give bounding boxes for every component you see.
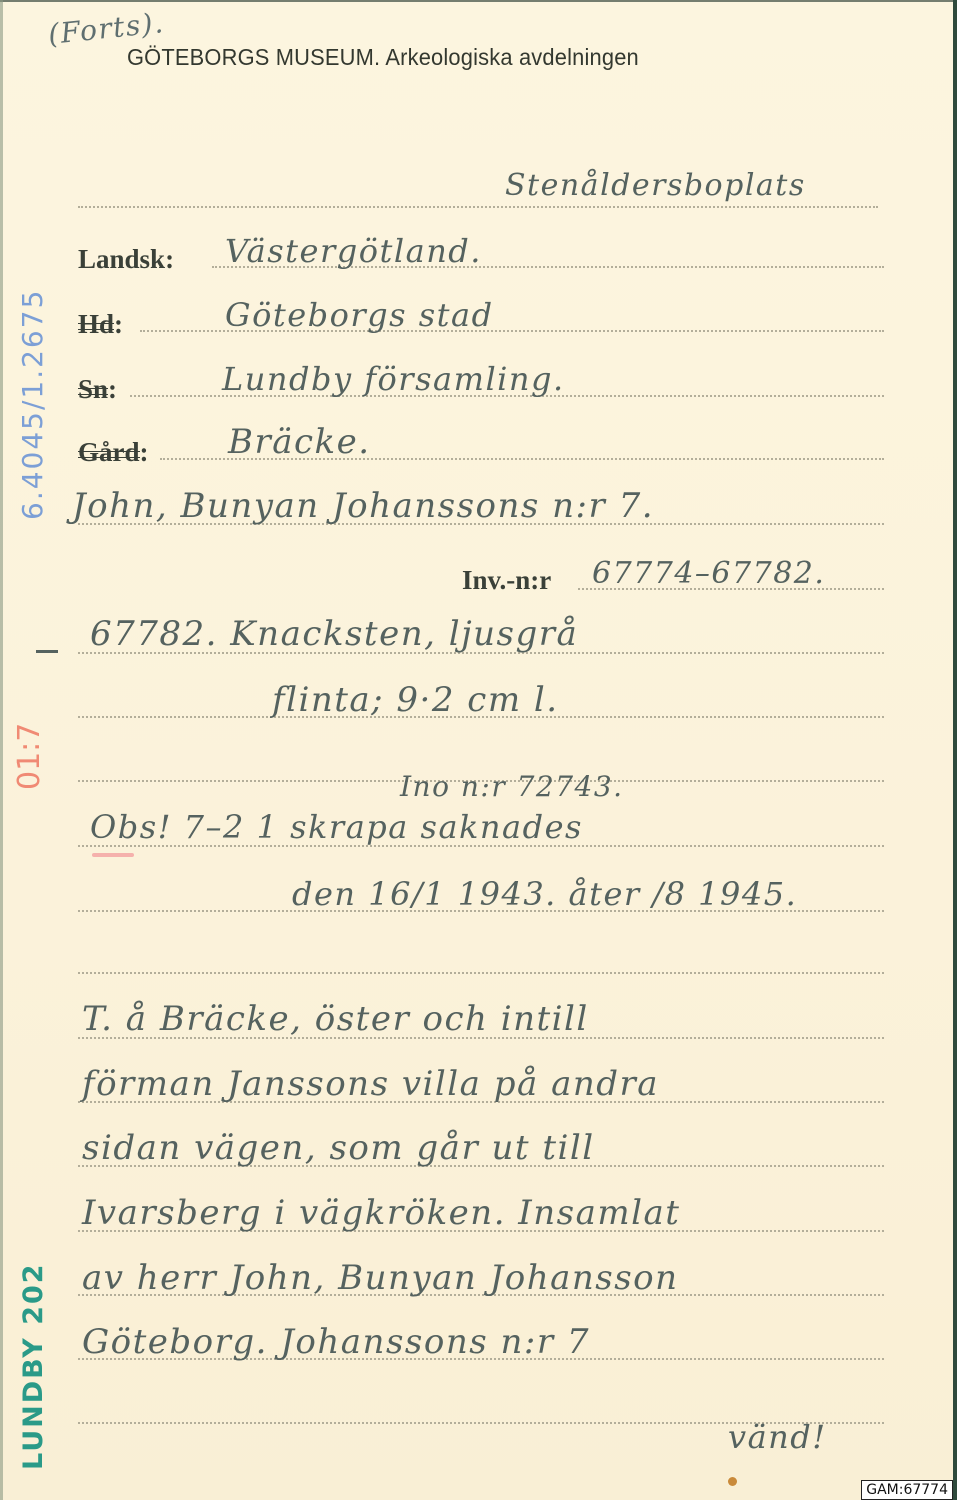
label-hd: Hd:: [78, 309, 123, 340]
field-value-landsk: Västergötland.: [225, 232, 482, 270]
description-line-7: vänd!: [728, 1418, 827, 1456]
dotted-line: [78, 972, 884, 974]
card-top-edge: [0, 0, 957, 2]
obs-line-1: Obs! 7–2 1 skrapa saknades: [90, 808, 583, 846]
label-inventory: Inv.-n:r: [462, 565, 551, 596]
owner-line: John, Bunyan Johanssons n:r 7.: [72, 486, 654, 526]
museum-header: GÖTEBORGS MUSEUM. Arkeologiska avdelning…: [127, 44, 639, 71]
red-margin-note: 01:7: [12, 723, 47, 790]
dotted-line: [78, 206, 878, 208]
field-value-hd: Göteborgs stad: [225, 296, 494, 334]
stain-spot: [728, 1477, 737, 1486]
description-line-1: T. å Bräcke, öster och intill: [82, 999, 589, 1039]
label-landsk: Landsk:: [78, 244, 174, 275]
card-right-edge: [953, 0, 957, 1500]
catalog-card: (Forts). GÖTEBORGS MUSEUM. Arkeologiska …: [0, 0, 957, 1500]
card-left-edge: [0, 0, 3, 1500]
description-line-4: Ivarsberg i vägkröken. Insamlat: [82, 1193, 680, 1233]
obs-line-2: den 16/1 1943. åter /8 1945.: [292, 875, 797, 913]
site-type: Stenåldersboplats: [505, 168, 806, 203]
margin-dash: [36, 650, 58, 653]
inventory-range: 67774–67782.: [592, 556, 825, 591]
catalog-id-badge: GAM:67774: [861, 1480, 953, 1500]
red-underline-mark: [92, 853, 134, 857]
item-line-2: flinta; 9·2 cm l.: [272, 680, 559, 720]
ino-line: Ino n:r 72743.: [400, 770, 624, 803]
description-line-3: sidan vägen, som går ut till: [82, 1128, 595, 1168]
description-line-6: Göteborg. Johanssons n:r 7: [82, 1322, 590, 1362]
description-line-2: förman Janssons villa på andra: [82, 1064, 659, 1104]
item-line-1: 67782. Knacksten, ljusgrå: [90, 614, 578, 654]
field-value-sn: Lundby församling.: [222, 360, 565, 398]
label-sn: Sn:: [78, 374, 117, 405]
label-gard: Gård:: [78, 437, 149, 468]
lundby-stamp: LUNDBY 202: [18, 1262, 49, 1470]
blue-margin-note: 6.4045/1.2675: [16, 289, 49, 520]
description-line-5: av herr John, Bunyan Johansson: [82, 1258, 679, 1298]
field-value-gard: Bräcke.: [228, 422, 371, 462]
